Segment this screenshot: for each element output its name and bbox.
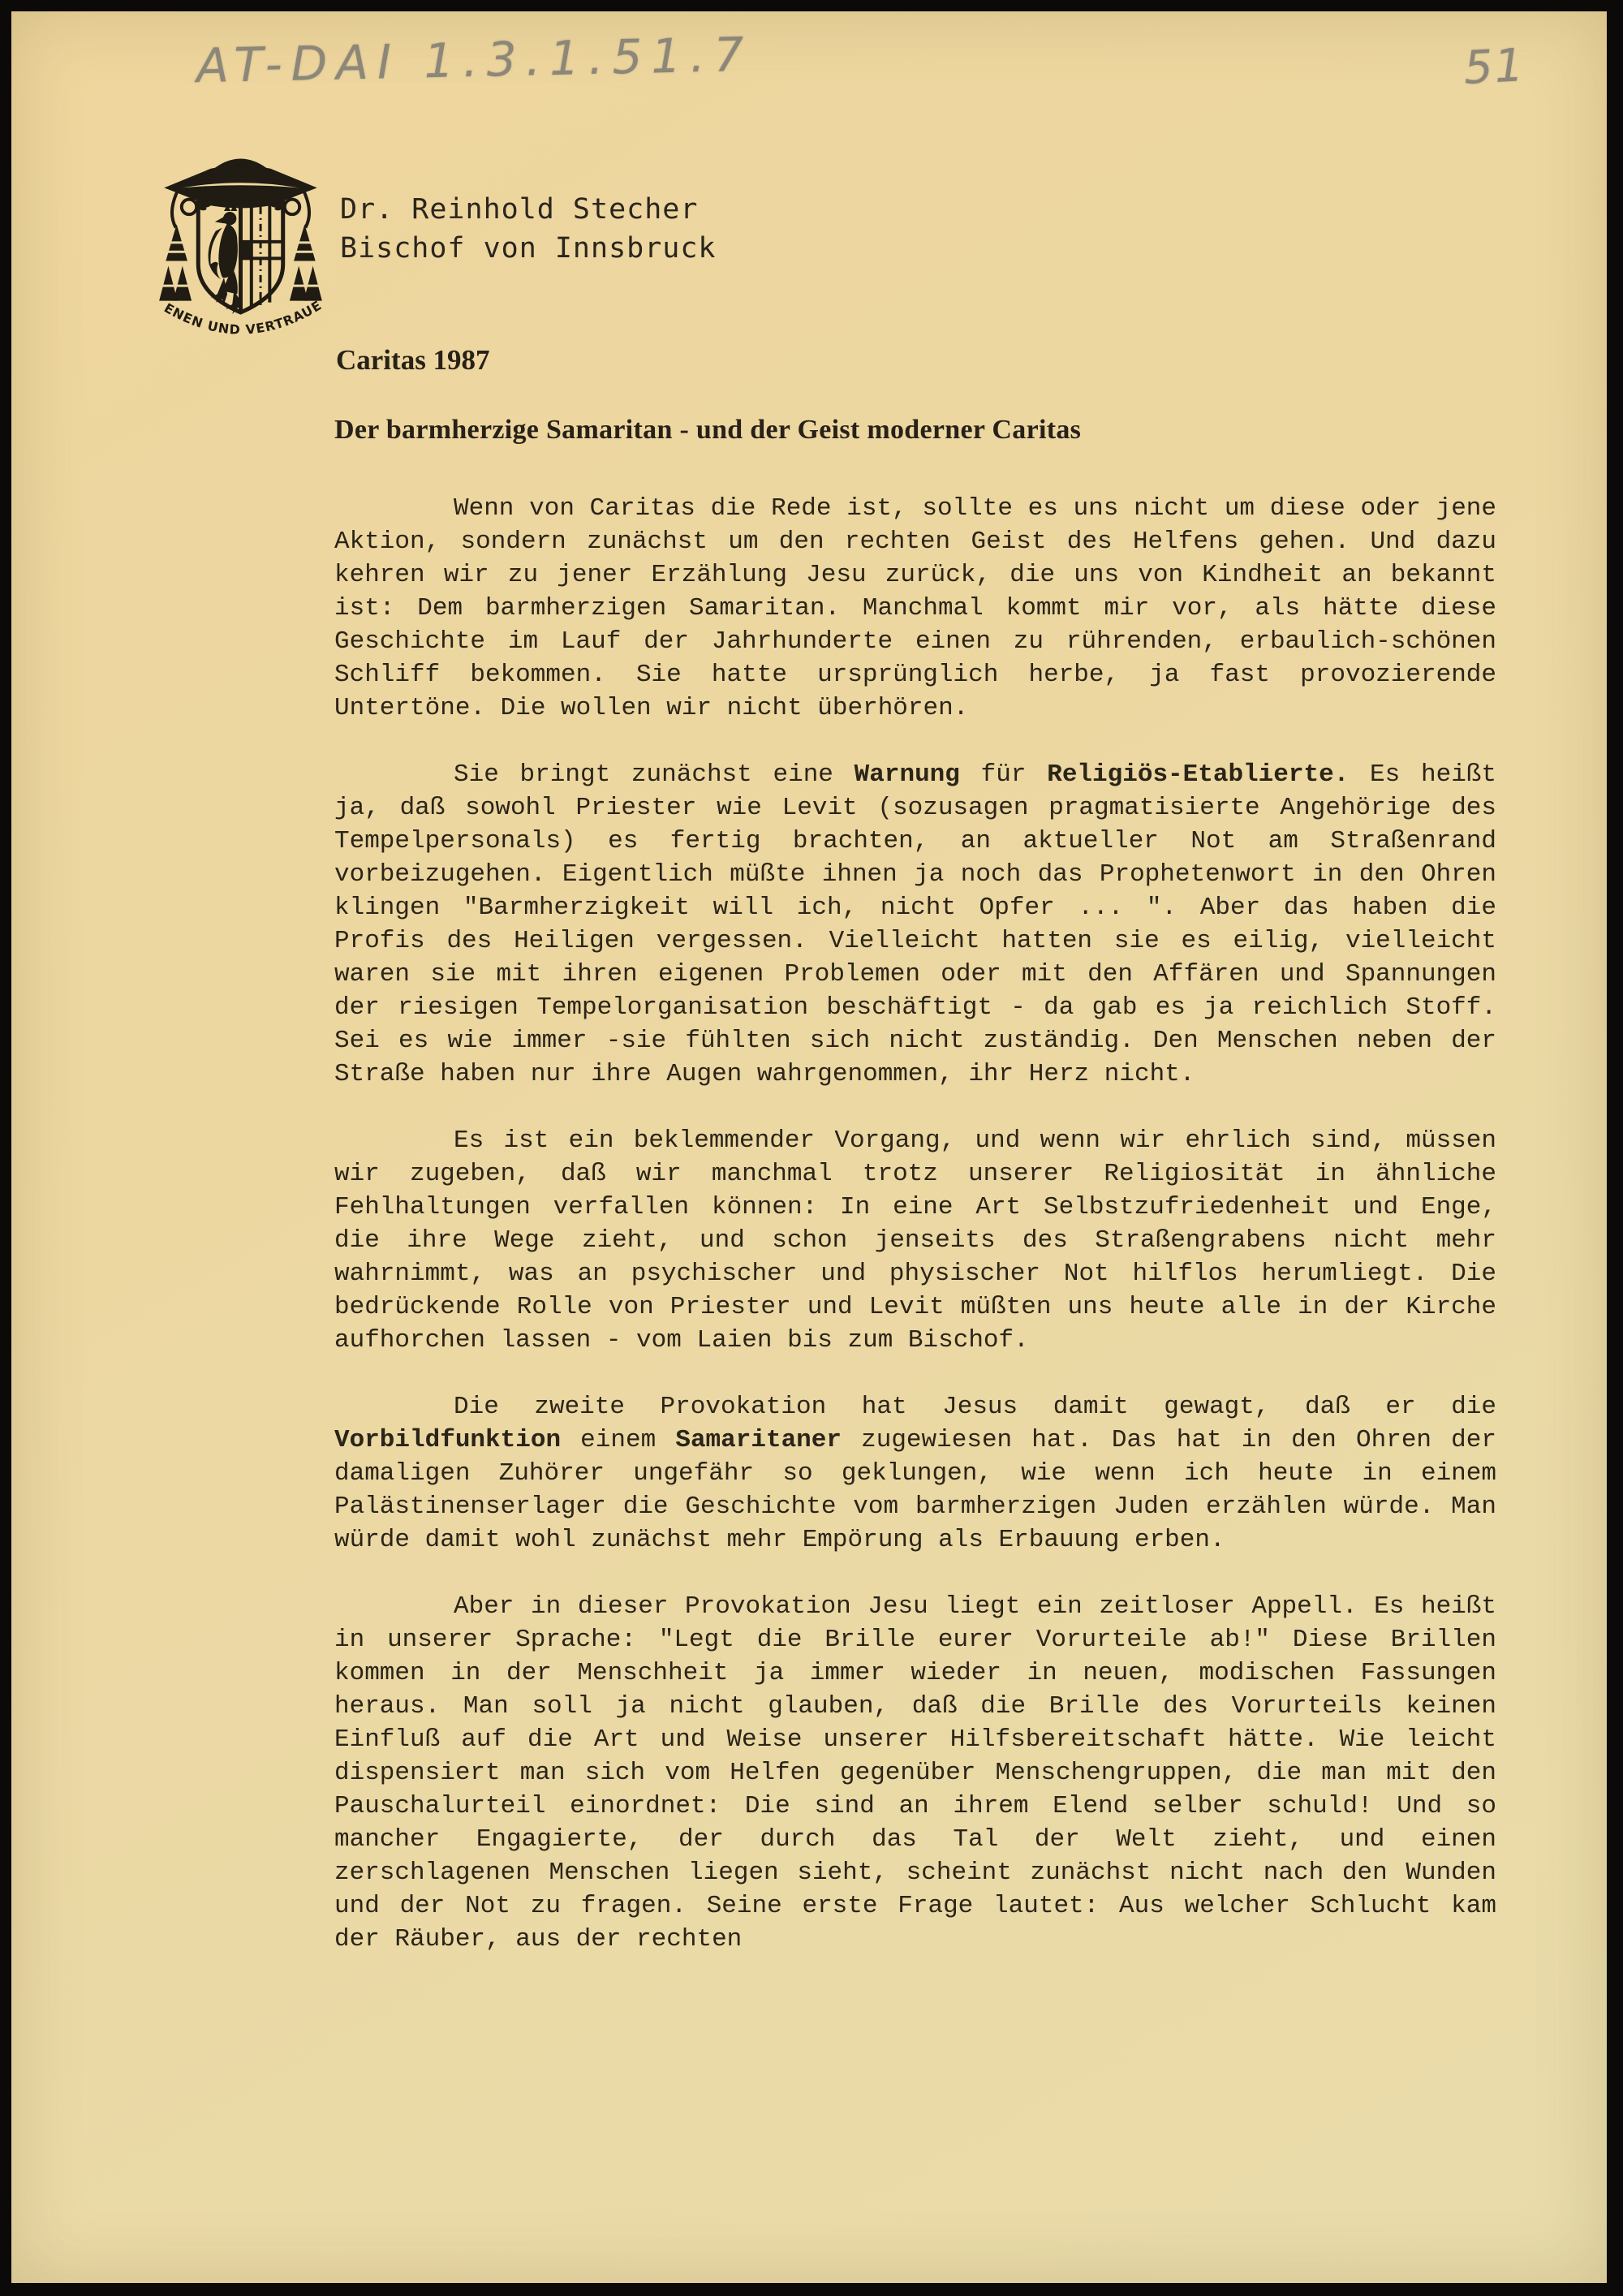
document-page: AT-DAI 1.3.1.51.7 51 (11, 11, 1607, 2283)
document-body: Wenn von Caritas die Rede ist, sollte es… (334, 492, 1496, 1989)
crest-tassels-right (290, 224, 322, 300)
document-subtitle: Der barmherzige Samaritan - und der Geis… (334, 415, 1081, 446)
paragraph: Es ist ein beklemmender Vorgang, und wen… (334, 1124, 1496, 1357)
emphasized-text: Samaritaner (675, 1426, 842, 1454)
body-text-run: einem (561, 1426, 675, 1454)
paragraph: Die zweite Provokation hat Jesus damit g… (334, 1390, 1496, 1557)
body-text-run: Aber in dieser Provokation Jesu liegt ei… (334, 1592, 1496, 1954)
emphasized-text: Vorbildfunktion (334, 1426, 561, 1454)
body-text-run: Sie bringt zunächst eine (454, 760, 855, 789)
archive-reference-handwritten: AT-DAI 1.3.1.51.7 (196, 27, 753, 93)
body-text-run: Es heißt ja, daß sowohl Priester wie Lev… (334, 760, 1496, 1088)
body-text-run: Die zweite Provokation hat Jesus damit g… (454, 1393, 1496, 1421)
paragraph: Wenn von Caritas die Rede ist, sollte es… (334, 492, 1496, 725)
crest-tassels-left (159, 224, 192, 300)
sender-name: Dr. Reinhold Stecher (340, 190, 717, 229)
paragraph: Aber in dieser Provokation Jesu liegt ei… (334, 1590, 1496, 1956)
body-text-run: Wenn von Caritas die Rede ist, sollte es… (334, 494, 1496, 722)
sender-title: Bischof von Innsbruck (340, 229, 717, 268)
bishop-coat-of-arms: DIENEN UND VERTRAUEN (157, 141, 324, 349)
body-text-run: Es ist ein beklemmender Vorgang, und wen… (334, 1126, 1496, 1355)
page-number-handwritten: 51 (1462, 39, 1526, 95)
paragraph: Sie bringt zunächst eine Warnung für Rel… (334, 758, 1496, 1091)
letterhead: Dr. Reinhold Stecher Bischof von Innsbru… (340, 190, 717, 268)
emphasized-text: Warnung (855, 760, 960, 789)
body-text-run: für (960, 760, 1047, 789)
document-title: Caritas 1987 (336, 344, 490, 377)
scanned-document: { "annotations": { "archive_reference": … (0, 0, 1623, 2296)
crest-cross (241, 205, 283, 308)
emphasized-text: Religiös-Etablierte. (1047, 760, 1349, 789)
